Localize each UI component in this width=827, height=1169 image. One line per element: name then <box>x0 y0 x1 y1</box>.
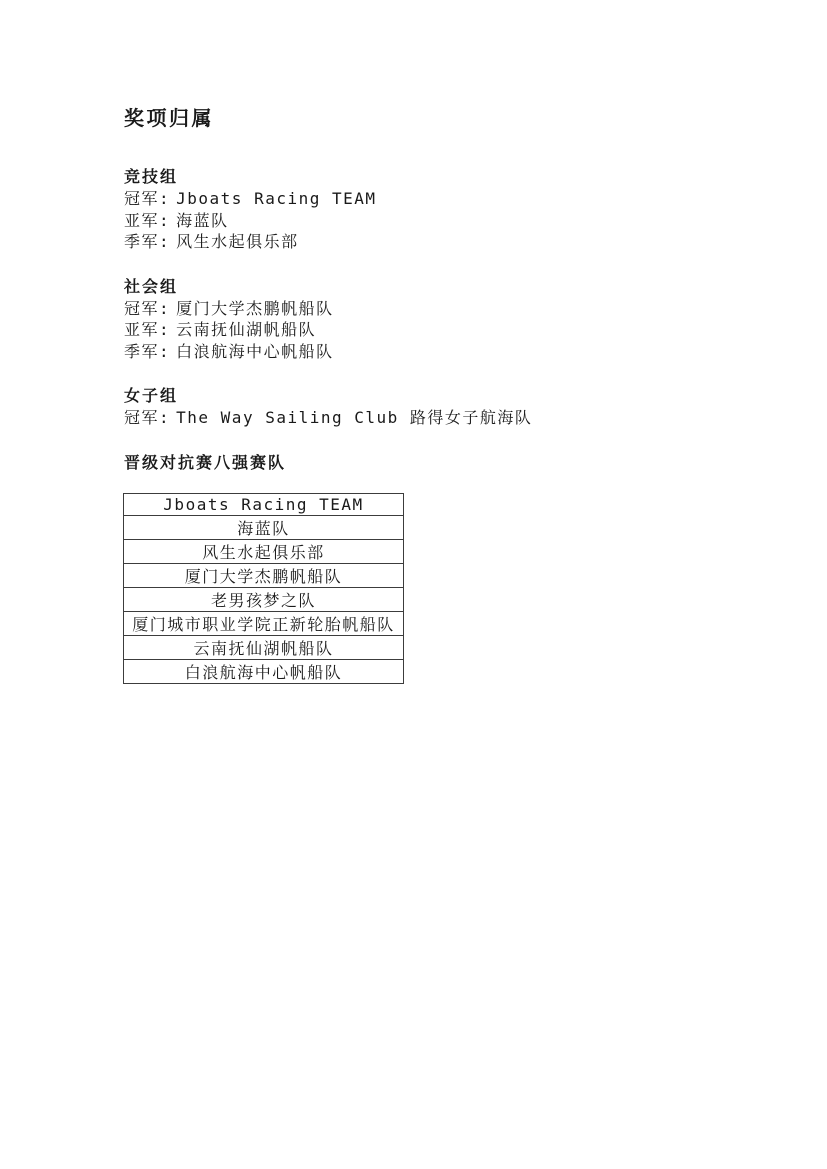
team-cell: 老男孩梦之队 <box>124 587 404 611</box>
award-team: 风生水起俱乐部 <box>176 232 299 251</box>
table-row: 海蓝队 <box>124 515 404 539</box>
bracket-heading: 晋级对抗赛八强赛队 <box>124 452 767 474</box>
page-title: 奖项归属 <box>124 106 767 130</box>
award-rank: 季军: <box>124 342 170 361</box>
award-line: 冠军:厦门大学杰鹏帆船队 <box>124 298 767 320</box>
table-row: 风生水起俱乐部 <box>124 539 404 563</box>
table-row: 云南抚仙湖帆船队 <box>124 635 404 659</box>
award-rank: 冠军: <box>124 299 170 318</box>
award-line: 冠军:The Way Sailing Club 路得女子航海队 <box>124 407 767 429</box>
document-page: 奖项归属 竞技组 冠军:Jboats Racing TEAM 亚军:海蓝队 季军… <box>0 0 827 1169</box>
section-heading: 女子组 <box>124 385 767 407</box>
section-heading: 竞技组 <box>124 166 767 188</box>
award-team: 白浪航海中心帆船队 <box>176 342 334 361</box>
award-team: Jboats Racing TEAM <box>176 189 376 208</box>
table-row: 白浪航海中心帆船队 <box>124 659 404 683</box>
table-row: 厦门大学杰鹏帆船队 <box>124 563 404 587</box>
award-line: 冠军:Jboats Racing TEAM <box>124 188 767 210</box>
award-team: 云南抚仙湖帆船队 <box>176 320 316 339</box>
award-rank: 亚军: <box>124 211 170 230</box>
section-heading: 社会组 <box>124 276 767 298</box>
award-line: 亚军:云南抚仙湖帆船队 <box>124 319 767 341</box>
team-cell: 厦门城市职业学院正新轮胎帆船队 <box>124 611 404 635</box>
table-row: 老男孩梦之队 <box>124 587 404 611</box>
team-cell: 白浪航海中心帆船队 <box>124 659 404 683</box>
team-cell: 厦门大学杰鹏帆船队 <box>124 563 404 587</box>
award-line: 季军:白浪航海中心帆船队 <box>124 341 767 363</box>
award-team: The Way Sailing Club 路得女子航海队 <box>176 408 532 427</box>
qualifiers-table: Jboats Racing TEAM 海蓝队 风生水起俱乐部 厦门大学杰鹏帆船队… <box>123 493 404 684</box>
award-team: 厦门大学杰鹏帆船队 <box>176 299 334 318</box>
award-line: 季军:风生水起俱乐部 <box>124 231 767 253</box>
table-row: 厦门城市职业学院正新轮胎帆船队 <box>124 611 404 635</box>
award-rank: 亚军: <box>124 320 170 339</box>
team-cell: 云南抚仙湖帆船队 <box>124 635 404 659</box>
section-competitive-group: 竞技组 冠军:Jboats Racing TEAM 亚军:海蓝队 季军:风生水起… <box>124 166 767 253</box>
award-rank: 冠军: <box>124 189 170 208</box>
award-rank: 冠军: <box>124 408 170 427</box>
award-team: 海蓝队 <box>176 211 229 230</box>
table-row: Jboats Racing TEAM <box>124 493 404 515</box>
section-women-group: 女子组 冠军:The Way Sailing Club 路得女子航海队 <box>124 385 767 429</box>
team-cell: 海蓝队 <box>124 515 404 539</box>
award-line: 亚军:海蓝队 <box>124 210 767 232</box>
team-cell: Jboats Racing TEAM <box>124 493 404 515</box>
section-social-group: 社会组 冠军:厦门大学杰鹏帆船队 亚军:云南抚仙湖帆船队 季军:白浪航海中心帆船… <box>124 276 767 363</box>
award-rank: 季军: <box>124 232 170 251</box>
team-cell: 风生水起俱乐部 <box>124 539 404 563</box>
